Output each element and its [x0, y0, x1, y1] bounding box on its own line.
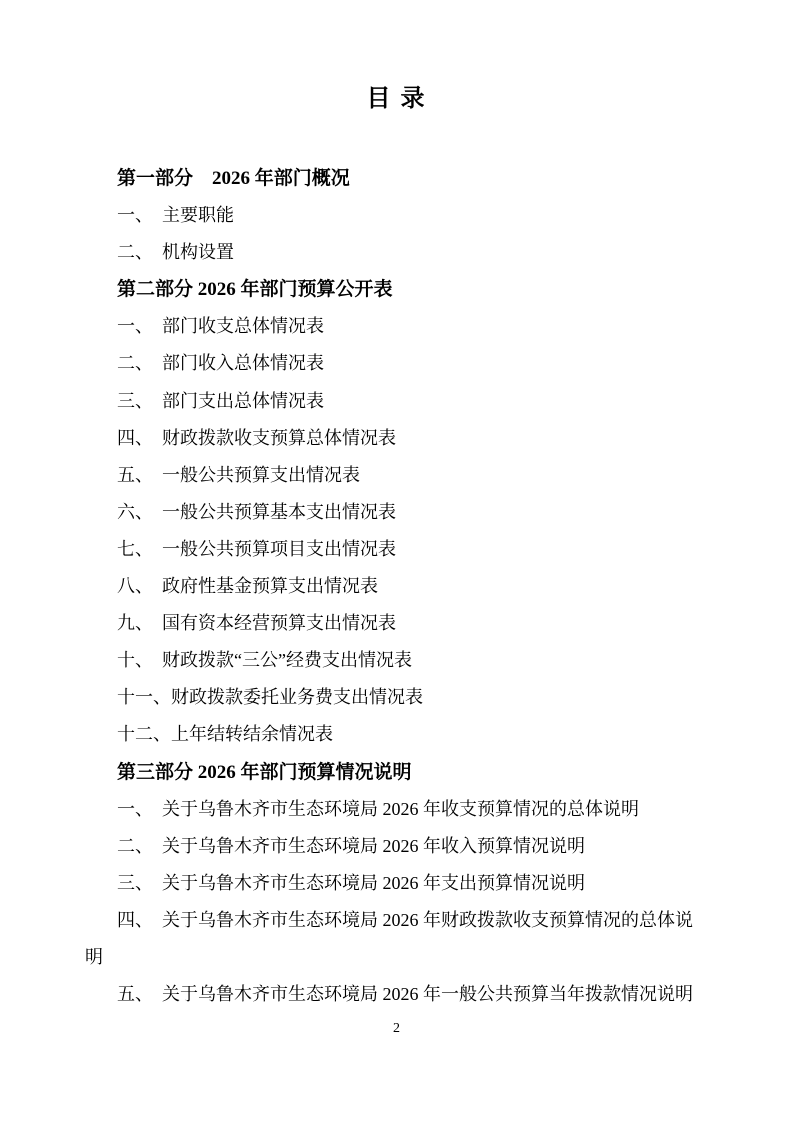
toc-item: 二、 关于乌鲁木齐市生态环境局 2026 年收入预算情况说明	[85, 828, 710, 865]
page-number: 2	[0, 1020, 793, 1038]
toc-section-heading-3: 第三部分 2026 年部门预算情况说明	[85, 754, 710, 791]
table-of-contents: 第一部分 2026 年部门概况一、 主要职能二、 机构设置第二部分 2026 年…	[85, 160, 710, 1013]
toc-item: 六、 一般公共预算基本支出情况表	[85, 494, 710, 531]
toc-item: 八、 政府性基金预算支出情况表	[85, 568, 710, 605]
toc-item: 七、 一般公共预算项目支出情况表	[85, 531, 710, 568]
toc-item: 五、 一般公共预算支出情况表	[85, 457, 710, 494]
toc-section-heading-1: 第一部分 2026 年部门概况	[85, 160, 710, 197]
document-page: 目 录 第一部分 2026 年部门概况一、 主要职能二、 机构设置第二部分 20…	[0, 0, 793, 1122]
toc-item: 十、 财政拨款“三公”经费支出情况表	[85, 642, 710, 679]
toc-item: 三、 部门支出总体情况表	[85, 383, 710, 420]
toc-item: 五、 关于乌鲁木齐市生态环境局 2026 年一般公共预算当年拨款情况说明	[85, 976, 710, 1013]
toc-item: 九、 国有资本经营预算支出情况表	[85, 605, 710, 642]
toc-item: 二、 机构设置	[85, 234, 710, 271]
toc-item: 十一、财政拨款委托业务费支出情况表	[85, 679, 710, 716]
toc-item: 一、 关于乌鲁木齐市生态环境局 2026 年收支预算情况的总体说明	[85, 791, 710, 828]
toc-item: 十二、上年结转结余情况表	[85, 716, 710, 753]
toc-section-heading-2: 第二部分 2026 年部门预算公开表	[85, 271, 710, 308]
toc-item: 三、 关于乌鲁木齐市生态环境局 2026 年支出预算情况说明	[85, 865, 710, 902]
toc-item: 一、 主要职能	[85, 197, 710, 234]
page-title: 目 录	[0, 85, 793, 113]
toc-item: 四、 关于乌鲁木齐市生态环境局 2026 年财政拨款收支预算情况的总体说明	[85, 902, 710, 976]
toc-item: 二、 部门收入总体情况表	[85, 345, 710, 382]
toc-item: 四、 财政拨款收支预算总体情况表	[85, 420, 710, 457]
toc-item: 一、 部门收支总体情况表	[85, 308, 710, 345]
